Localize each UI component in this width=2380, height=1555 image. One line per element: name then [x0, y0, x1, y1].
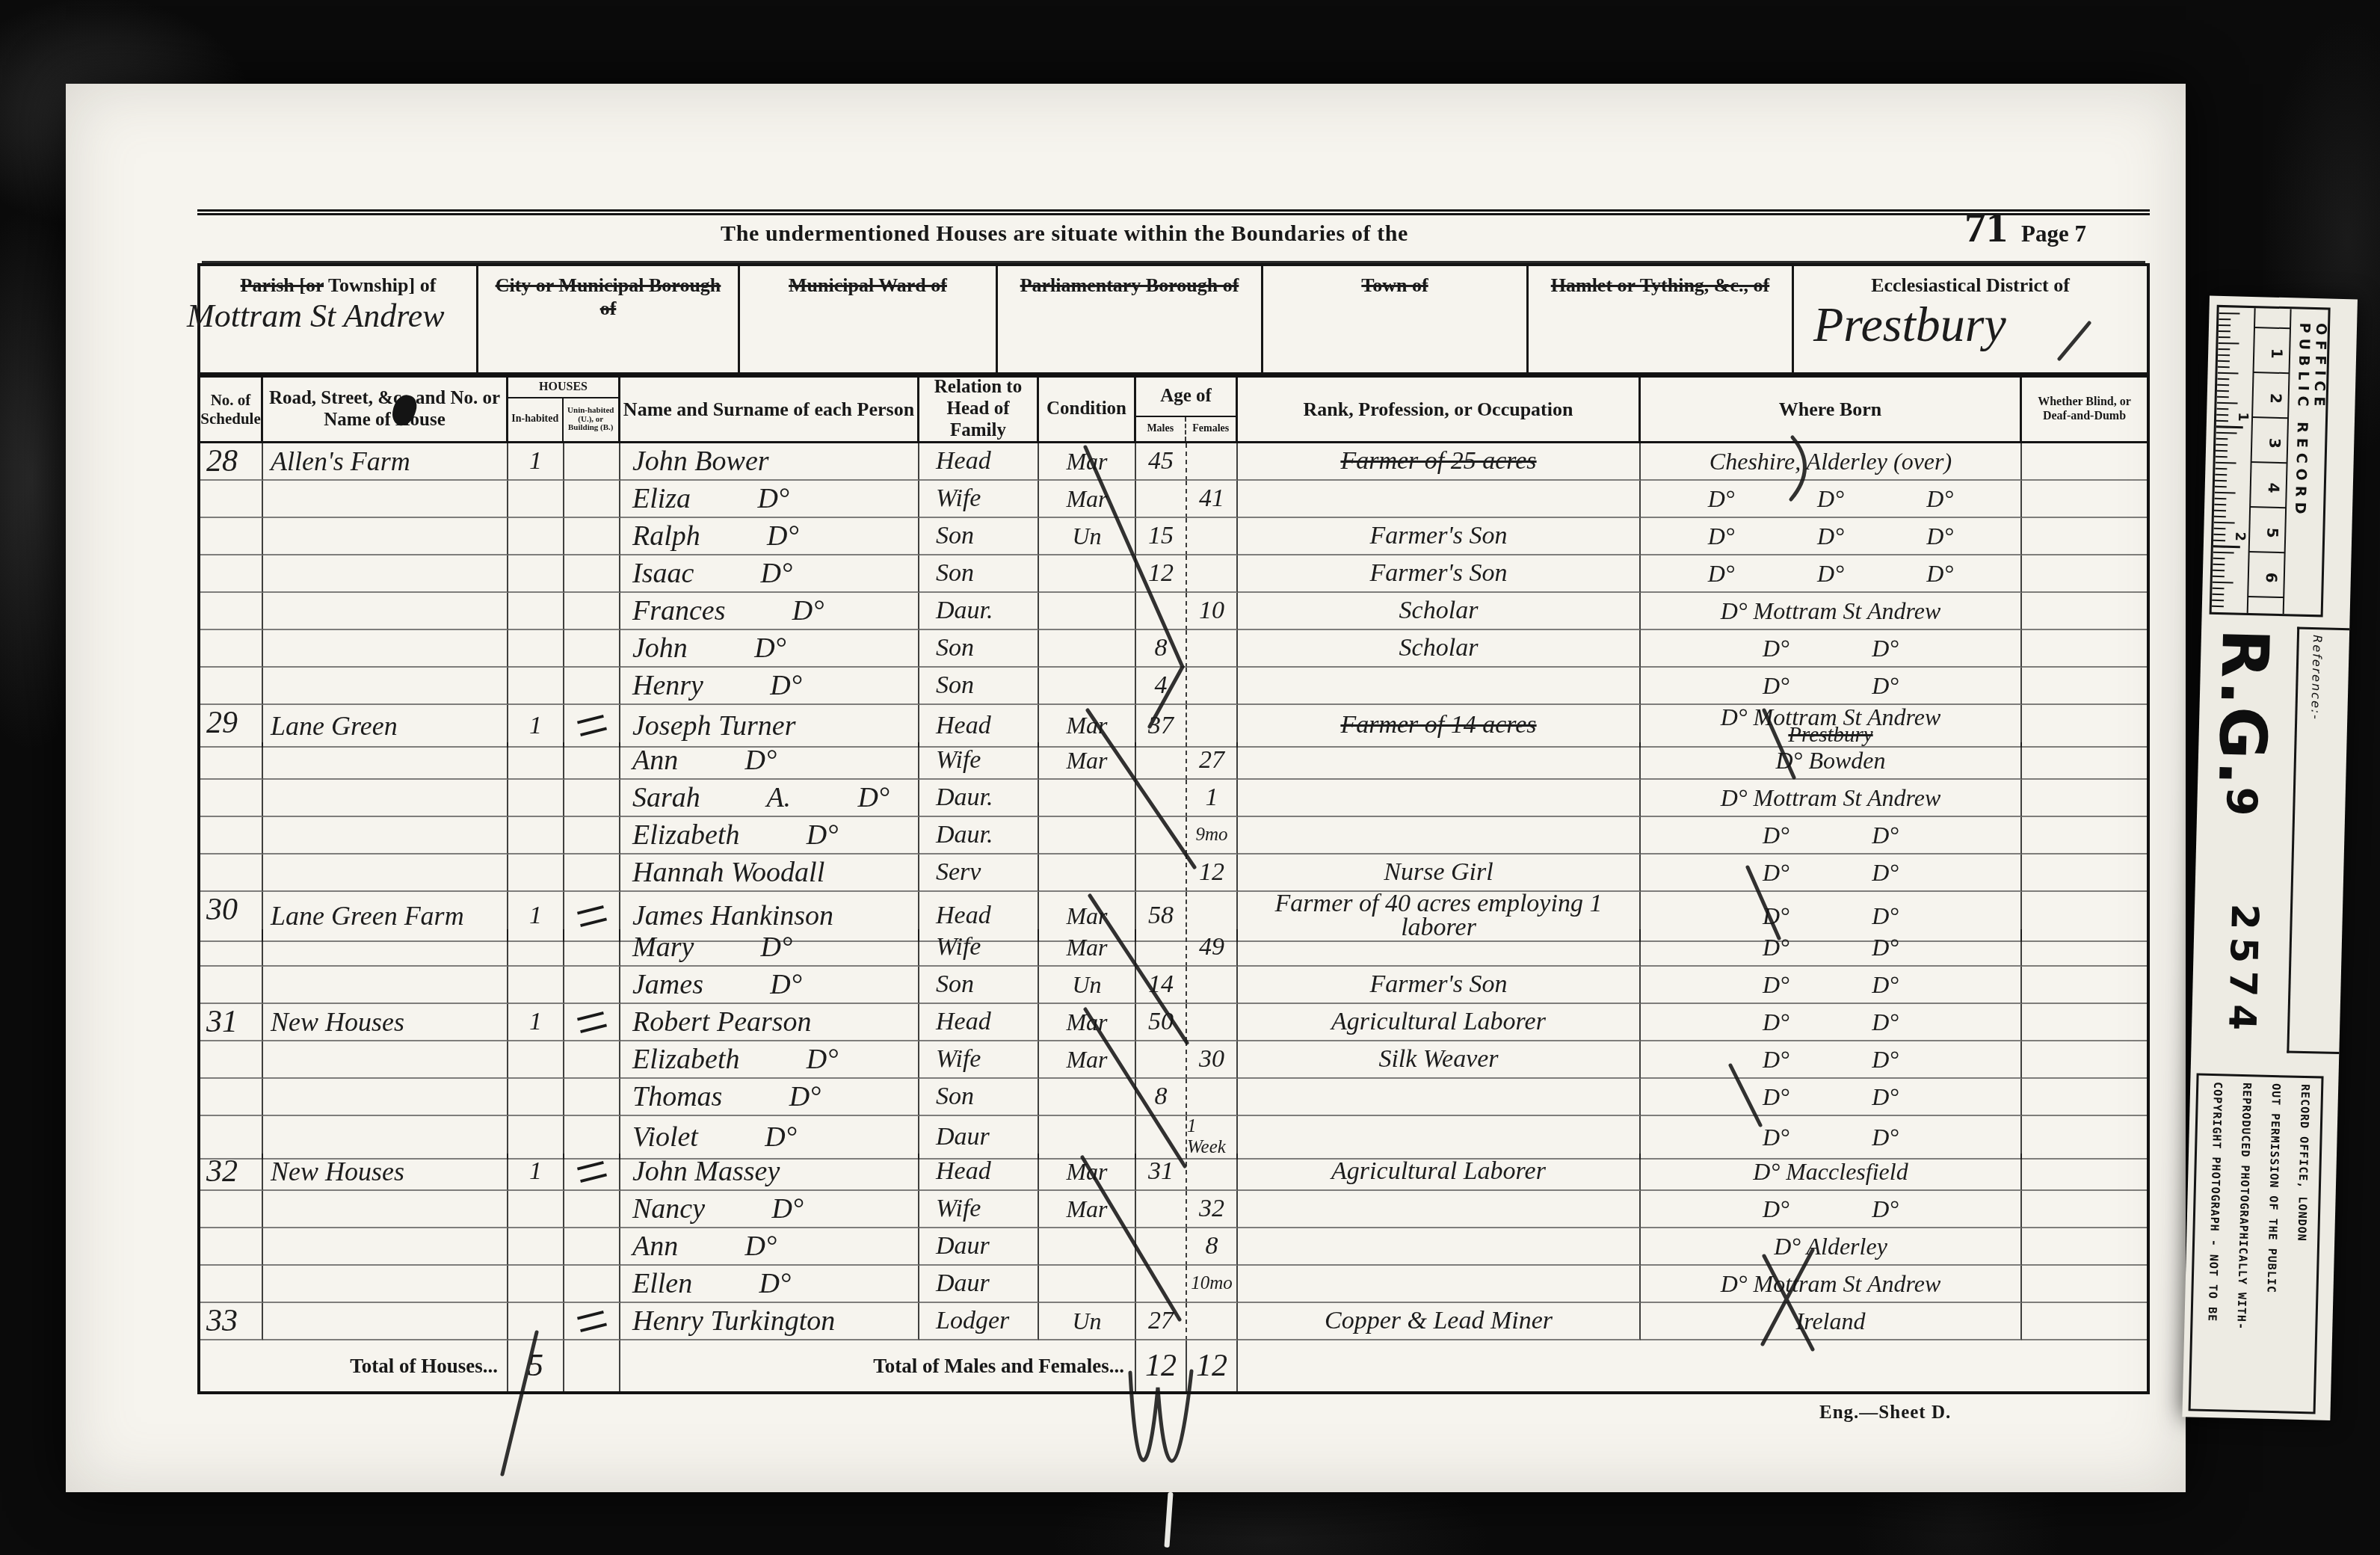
occupation-text: Farmer of 25 acres — [1340, 449, 1536, 473]
total-males-females-label: Total of Males and Females... — [620, 1340, 1136, 1391]
cell-age-male — [1136, 742, 1187, 780]
cell-occupation — [1238, 1079, 1641, 1116]
public-record-office-text: PUBLIC RECORD OFFICE — [2290, 322, 2329, 607]
born-text: D° D° D° — [1708, 561, 1954, 585]
cell-age-female: 49 — [1187, 929, 1238, 967]
cell-uninhabited — [564, 705, 620, 748]
cell-house — [263, 630, 508, 668]
cell-condition — [1039, 555, 1136, 593]
cell-relation: Daur. — [919, 817, 1039, 855]
occupation-text: Scholar — [1399, 599, 1479, 623]
cell-schedule — [200, 817, 263, 855]
cell-age-female — [1187, 1154, 1238, 1191]
cell-schedule — [200, 1228, 263, 1266]
cell-relation: Lodger — [919, 1303, 1039, 1340]
cell-blind — [2022, 443, 2147, 481]
cell-age-male: 50 — [1136, 1004, 1187, 1041]
cell-relation: Son — [919, 630, 1039, 668]
cell-inhabited — [508, 817, 564, 855]
cell-age-female — [1187, 705, 1238, 748]
cell-occupation: Silk Weaver — [1238, 1041, 1641, 1079]
cell-age-female — [1187, 1004, 1238, 1041]
cell-condition — [1039, 1079, 1136, 1116]
cell-inhabited: 1 — [508, 1004, 564, 1041]
census-rows: 28Allen's Farm1John BowerHeadMar45Farmer… — [200, 443, 2147, 1340]
cell-age-male — [1136, 780, 1187, 817]
cell-condition: Mar — [1039, 1004, 1136, 1041]
cell-occupation — [1238, 780, 1641, 817]
cell-occupation: Farmer's Son — [1238, 555, 1641, 593]
cell-blind — [2022, 855, 2147, 892]
cell-occupation: Farmer of 14 acres — [1238, 705, 1641, 748]
header-field-label: Municipal Ward of — [740, 274, 996, 297]
census-row-15: James D°SonUn14Farmer's SonD° D° — [200, 967, 2147, 1004]
cell-age-female — [1187, 967, 1238, 1004]
cell-age-female: 10 — [1187, 593, 1238, 630]
cell-inhabited — [508, 1266, 564, 1303]
cell-relation: Wife — [919, 481, 1039, 518]
cell-schedule — [200, 481, 263, 518]
cell-uninhabited — [564, 967, 620, 1004]
cell-inhabited — [508, 1228, 564, 1266]
cell-born: D° Alderley — [1641, 1228, 2022, 1266]
cell-relation: Wife — [919, 1191, 1039, 1228]
cell-born: D° D° — [1641, 1079, 2022, 1116]
cell-condition — [1039, 1266, 1136, 1303]
page-number: Page 7 — [2021, 221, 2086, 247]
cell-condition — [1039, 1228, 1136, 1266]
cell-inhabited — [508, 518, 564, 555]
occupation-text: Agricultural Laborer — [1331, 1160, 1546, 1183]
cell-blind — [2022, 555, 2147, 593]
cell-schedule — [200, 967, 263, 1004]
cell-schedule — [200, 668, 263, 705]
cell-condition: Mar — [1039, 481, 1136, 518]
cell-house — [263, 929, 508, 967]
cell-schedule: 28 — [200, 443, 263, 481]
cell-uninhabited — [564, 1041, 620, 1079]
totals-blank-cell — [564, 1340, 620, 1391]
col-header-blind: Whether Blind, or Deaf-and-Dumb — [2022, 378, 2147, 441]
census-row-23: Ellen D°Daur10moD° Mottram St Andrew — [200, 1266, 2147, 1303]
reference-block: R.G.9 2574 Reference:- — [2191, 624, 2349, 1054]
cell-relation: Daur — [919, 1266, 1039, 1303]
cell-uninhabited — [564, 1228, 620, 1266]
cell-uninhabited — [564, 742, 620, 780]
cell-house — [263, 1266, 508, 1303]
cell-relation: Head — [919, 1004, 1039, 1041]
born-text: D° D° — [1763, 674, 1899, 698]
cell-born: D° D° — [1641, 1004, 2022, 1041]
cell-relation: Head — [919, 443, 1039, 481]
cell-age-male — [1136, 817, 1187, 855]
cell-house: New Houses — [263, 1154, 508, 1191]
born-text: D° D° D° — [1708, 487, 1954, 511]
cell-relation: Wife — [919, 929, 1039, 967]
census-row-8: 29Lane Green1Joseph TurnerHeadMar37Farme… — [200, 705, 2147, 742]
born-text: D° D° — [1763, 935, 1899, 959]
cell-age-male — [1136, 1191, 1187, 1228]
cell-blind — [2022, 1228, 2147, 1266]
cell-relation: Son — [919, 967, 1039, 1004]
cell-name: Ralph D° — [620, 518, 919, 555]
cell-occupation: Agricultural Laborer — [1238, 1004, 1641, 1041]
cell-schedule — [200, 518, 263, 555]
cell-occupation — [1238, 668, 1641, 705]
cell-relation: Son — [919, 1079, 1039, 1116]
header-field-label: Parliamentary Borough of — [998, 274, 1261, 297]
cell-uninhabited — [564, 1079, 620, 1116]
born-text: Ireland — [1795, 1309, 1865, 1333]
col-header-males: Males — [1136, 417, 1186, 441]
born-text: D° D° — [1763, 904, 1899, 928]
cell-occupation: Farmer of 25 acres — [1238, 443, 1641, 481]
cell-blind — [2022, 1154, 2147, 1191]
cell-born: D° Bowden — [1641, 742, 2022, 780]
copyright-notice-text: COPYRIGHT PHOTOGRAPH - NOT TO BE REPRODU… — [2197, 1082, 2319, 1332]
cell-occupation — [1238, 742, 1641, 780]
cell-house — [263, 1041, 508, 1079]
cell-occupation — [1238, 1266, 1641, 1303]
cell-uninhabited — [564, 668, 620, 705]
census-row-2: Eliza D°WifeMar41D° D° D° — [200, 481, 2147, 518]
cell-age-female — [1187, 443, 1238, 481]
cell-age-male — [1136, 855, 1187, 892]
svg-text:2: 2 — [2232, 532, 2248, 541]
cell-schedule — [200, 742, 263, 780]
cell-house — [263, 593, 508, 630]
born-text: D° D° — [1763, 1010, 1899, 1034]
cell-name: Thomas D° — [620, 1079, 919, 1116]
header-field-label: Ecclesiastical District of — [1794, 274, 2147, 297]
cell-blind — [2022, 1079, 2147, 1116]
pen-tick — [576, 905, 606, 927]
header-field-7: Ecclesiastical District ofPrestbury — [1794, 266, 2147, 372]
col-header-road: Road, Street, &c., and No. or Name of Ho… — [263, 378, 508, 441]
census-row-13: 30Lane Green Farm1James HankinsonHeadMar… — [200, 892, 2147, 929]
cell-relation: Serv — [919, 855, 1039, 892]
census-row-9: Ann D°WifeMar27D° Bowden — [200, 742, 2147, 780]
cell-relation: Son — [919, 518, 1039, 555]
cell-blind — [2022, 742, 2147, 780]
cell-schedule — [200, 1191, 263, 1228]
cell-house — [263, 855, 508, 892]
census-row-6: John D°Son8ScholarD° D° — [200, 630, 2147, 668]
cell-house — [263, 518, 508, 555]
cell-schedule — [200, 1041, 263, 1079]
born-text: D° Mottram St Andrew — [1721, 599, 1941, 623]
born-text: D° D° — [1763, 1085, 1899, 1109]
census-row-22: Ann D°Daur8D° Alderley — [200, 1228, 2147, 1266]
cell-born: D° D° — [1641, 630, 2022, 668]
divider-line — [2287, 627, 2299, 1053]
cell-inhabited — [508, 668, 564, 705]
census-row-24: 33Henry TurkingtonLodgerUn27Copper & Lea… — [200, 1303, 2147, 1340]
census-row-3: Ralph D°SonUn15Farmer's SonD° D° D° — [200, 518, 2147, 555]
cell-inhabited — [508, 855, 564, 892]
cell-born: D° D° D° — [1641, 555, 2022, 593]
census-row-7: Henry D°Son4D° D° — [200, 668, 2147, 705]
census-row-12: Hannah WoodallServ12Nurse GirlD° D° — [200, 855, 2147, 892]
born-text: D° D° — [1763, 1197, 1899, 1221]
cell-name: John D° — [620, 630, 919, 668]
header-field-label: Town of — [1263, 274, 1526, 297]
cell-house — [263, 555, 508, 593]
occupation-text: Farmer's Son — [1370, 973, 1508, 997]
cell-born: D° D° — [1641, 817, 2022, 855]
cell-schedule — [200, 593, 263, 630]
cell-age-male: 4 — [1136, 668, 1187, 705]
occupation-text: Scholar — [1399, 636, 1479, 660]
series-number: 9 — [2216, 786, 2266, 817]
cell-name: Henry Turkington — [620, 1303, 919, 1340]
census-row-1: 28Allen's Farm1John BowerHeadMar45Farmer… — [200, 443, 2147, 481]
col-header-females: Females — [1186, 417, 1236, 441]
cell-condition: Mar — [1039, 1154, 1136, 1191]
copyright-notice-box: COPYRIGHT PHOTOGRAPH - NOT TO BE REPRODU… — [2189, 1073, 2324, 1414]
cell-uninhabited — [564, 817, 620, 855]
cell-age-male — [1136, 1041, 1187, 1079]
census-row-16: 31New Houses1Robert PearsonHeadMar50Agri… — [200, 1004, 2147, 1041]
born-text: D° Mottram St Andrew — [1721, 786, 1941, 810]
cell-name: Hannah Woodall — [620, 855, 919, 892]
pen-tick — [576, 1011, 606, 1032]
occupation-text: Copper & Lead Miner — [1325, 1309, 1553, 1333]
cell-blind — [2022, 518, 2147, 555]
cell-house — [263, 742, 508, 780]
cell-inhabited — [508, 929, 564, 967]
cell-name: Ann D° — [620, 742, 919, 780]
cell-born: D° Mottram St Andrew — [1641, 593, 2022, 630]
cell-condition: Un — [1039, 518, 1136, 555]
cell-age-female — [1187, 1079, 1238, 1116]
born-text: D° D° — [1763, 860, 1899, 884]
cell-name: Elizabeth D° — [620, 817, 919, 855]
col-header-houses: HOUSES In-habited Unin-habited (U.), or … — [508, 378, 620, 441]
cell-occupation — [1238, 1228, 1641, 1266]
census-row-5: Frances D°Daur.10ScholarD° Mottram St An… — [200, 593, 2147, 630]
cell-condition — [1039, 855, 1136, 892]
cell-age-male: 8 — [1136, 630, 1187, 668]
svg-text:1: 1 — [2235, 412, 2251, 422]
cell-inhabited: 1 — [508, 705, 564, 748]
cell-age-female: 9mo — [1187, 817, 1238, 855]
cell-uninhabited — [564, 780, 620, 817]
cell-age-male — [1136, 929, 1187, 967]
header-field-label: Parish [or Township] of — [200, 274, 476, 297]
cell-age-male — [1136, 1228, 1187, 1266]
cell-name: Frances D° — [620, 593, 919, 630]
cell-age-female: 8 — [1187, 1228, 1238, 1266]
cell-name: John Massey — [620, 1154, 919, 1191]
cell-born: Cheshire, Alderley (over) — [1641, 443, 2022, 481]
cell-name: Henry D° — [620, 668, 919, 705]
cell-uninhabited — [564, 555, 620, 593]
cell-name: Elizabeth D° — [620, 1041, 919, 1079]
born-text: D° D° — [1763, 1047, 1899, 1071]
cell-age-female — [1187, 668, 1238, 705]
cell-inhabited — [508, 1079, 564, 1116]
cell-occupation: Scholar — [1238, 630, 1641, 668]
cell-schedule — [200, 855, 263, 892]
total-houses-value: 5 — [508, 1340, 564, 1391]
divider-line — [2287, 1050, 2339, 1054]
col-header-age-label: Age of — [1136, 378, 1236, 416]
born-text: Cheshire, Alderley (over) — [1710, 449, 1952, 473]
cell-uninhabited — [564, 1303, 620, 1340]
col-header-occupation: Rank, Profession, or Occupation — [1238, 378, 1641, 441]
occupation-text: Nurse Girl — [1384, 860, 1493, 884]
cell-blind — [2022, 1041, 2147, 1079]
cell-inhabited — [508, 780, 564, 817]
header-field-5: Town of — [1263, 266, 1529, 372]
cell-inhabited — [508, 555, 564, 593]
cell-condition — [1039, 817, 1136, 855]
reference-label: Reference:- — [2308, 635, 2325, 721]
cell-occupation: Nurse Girl — [1238, 855, 1641, 892]
cell-occupation — [1238, 1191, 1641, 1228]
cell-name: Mary D° — [620, 929, 919, 967]
cell-born: D° Mottram St Andrew — [1641, 1266, 2022, 1303]
cell-condition: Mar — [1039, 1191, 1136, 1228]
header-field-label: Hamlet or Tything, &c., of — [1529, 274, 1792, 297]
born-text: D° D° — [1763, 636, 1899, 660]
born-text: D° D° D° — [1708, 524, 1954, 548]
col-header-inhabited: In-habited — [508, 398, 564, 441]
census-row-4: Isaac D°Son12Farmer's SonD° D° D° — [200, 555, 2147, 593]
census-row-19: Violet D°Daur1 WeekD° D° — [200, 1116, 2147, 1154]
svg-text:2: 2 — [2267, 393, 2285, 404]
cell-blind — [2022, 929, 2147, 967]
cell-age-male: 14 — [1136, 967, 1187, 1004]
cell-blind — [2022, 630, 2147, 668]
cell-inhabited — [508, 1041, 564, 1079]
cell-name: Robert Pearson — [620, 1004, 919, 1041]
cell-schedule — [200, 929, 263, 967]
col-header-born: Where Born — [1641, 378, 2022, 441]
cell-born: D° D° — [1641, 929, 2022, 967]
total-females-value: 12 — [1187, 1340, 1238, 1391]
census-row-18: Thomas D°Son8D° D° — [200, 1079, 2147, 1116]
cell-inhabited: 1 — [508, 443, 564, 481]
cell-born: D° D° — [1641, 1041, 2022, 1079]
occupation-text: Farmer of 14 acres — [1340, 713, 1536, 737]
cell-name: Sarah A. D° — [620, 780, 919, 817]
folio-value: 71 — [1964, 203, 2008, 251]
census-row-17: Elizabeth D°WifeMar30Silk WeaverD° D° — [200, 1041, 2147, 1079]
cell-born: D° D° — [1641, 967, 2022, 1004]
col-header-schedule: No. of Schedule — [200, 378, 263, 441]
born-text: D° D° — [1763, 823, 1899, 847]
census-row-21: Nancy D°WifeMar32D° D° — [200, 1191, 2147, 1228]
cell-house — [263, 1303, 508, 1340]
cell-house: New Houses — [263, 1004, 508, 1041]
cell-age-male: 45 — [1136, 443, 1187, 481]
svg-text:5: 5 — [2263, 527, 2281, 538]
census-row-10: Sarah A. D°Daur.1D° Mottram St Andrew — [200, 780, 2147, 817]
born-text: D° Macclesfield — [1753, 1160, 1908, 1183]
header-field-3: Municipal Ward of — [740, 266, 998, 372]
cell-age-male — [1136, 593, 1187, 630]
occupation-text: Agricultural Laborer — [1331, 1010, 1546, 1034]
header-field-6: Hamlet or Tything, &c., of — [1529, 266, 1794, 372]
cell-age-female: 12 — [1187, 855, 1238, 892]
cell-condition — [1039, 593, 1136, 630]
header-field-1: Parish [or Township] ofMottram St Andrew — [200, 266, 478, 372]
occupation-text: Farmer's Son — [1370, 561, 1508, 585]
cell-condition: Mar — [1039, 705, 1136, 748]
series-code: R.G. — [2204, 628, 2282, 788]
cell-inhabited — [508, 967, 564, 1004]
cell-schedule: 29 — [200, 705, 263, 748]
born-text: D° Mottram St Andrew — [1721, 1272, 1941, 1296]
cell-age-female: 30 — [1187, 1041, 1238, 1079]
cell-relation: Wife — [919, 742, 1039, 780]
cell-occupation: Agricultural Laborer — [1238, 1154, 1641, 1191]
cell-house — [263, 1228, 508, 1266]
cell-occupation: Farmer's Son — [1238, 967, 1641, 1004]
cell-house — [263, 1191, 508, 1228]
cell-blind — [2022, 1266, 2147, 1303]
cell-blind — [2022, 668, 2147, 705]
census-row-14: Mary D°WifeMar49D° D° — [200, 929, 2147, 967]
col-header-condition: Condition — [1039, 378, 1136, 441]
pen-tick — [576, 1310, 606, 1331]
cell-inhabited — [508, 742, 564, 780]
svg-text:3: 3 — [2266, 438, 2284, 449]
header-field-label: City or Municipal Borough of — [478, 274, 738, 320]
cell-condition: Mar — [1039, 742, 1136, 780]
sheet-footer: Eng.—Sheet D. — [1819, 1402, 1951, 1423]
census-page: The undermentioned Houses are situate wi… — [66, 84, 2186, 1492]
cell-age-male: 37 — [1136, 705, 1187, 748]
cell-age-female: 27 — [1187, 742, 1238, 780]
cell-inhabited — [508, 630, 564, 668]
cell-schedule — [200, 630, 263, 668]
cell-relation: Daur. — [919, 780, 1039, 817]
cell-uninhabited — [564, 1266, 620, 1303]
cell-house — [263, 967, 508, 1004]
cell-schedule — [200, 780, 263, 817]
cell-uninhabited — [564, 1154, 620, 1191]
cell-age-female: 10mo — [1187, 1266, 1238, 1303]
census-row-11: Elizabeth D°Daur.9moD° D° — [200, 817, 2147, 855]
ruler: 12123456 PUBLIC RECORD OFFICE — [2210, 305, 2331, 618]
microfilm-background: The undermentioned Houses are situate wi… — [0, 0, 2380, 1555]
col-header-relation: Relation to Head of Family — [919, 378, 1039, 441]
cell-age-male: 27 — [1136, 1303, 1187, 1340]
totals-row: Total of Houses... 5 Total of Males and … — [200, 1340, 2147, 1391]
cell-uninhabited — [564, 1004, 620, 1041]
cell-relation: Son — [919, 555, 1039, 593]
cell-house: Lane Green — [263, 705, 508, 748]
cell-age-male: 12 — [1136, 555, 1187, 593]
cell-occupation: Farmer's Son — [1238, 518, 1641, 555]
cell-condition: Mar — [1039, 1041, 1136, 1079]
cell-age-male: 15 — [1136, 518, 1187, 555]
cell-blind — [2022, 817, 2147, 855]
svg-text:6: 6 — [2263, 572, 2281, 583]
cell-inhabited: 1 — [508, 1154, 564, 1191]
cell-name: Joseph Turner — [620, 705, 919, 748]
cell-born: D° Mottram St Andrew — [1641, 780, 2022, 817]
pen-tick — [576, 1160, 606, 1182]
header-field-4: Parliamentary Borough of — [998, 266, 1263, 372]
cell-schedule: 33 — [200, 1303, 263, 1340]
cell-uninhabited — [564, 443, 620, 481]
cell-uninhabited — [564, 1191, 620, 1228]
cell-blind — [2022, 1004, 2147, 1041]
